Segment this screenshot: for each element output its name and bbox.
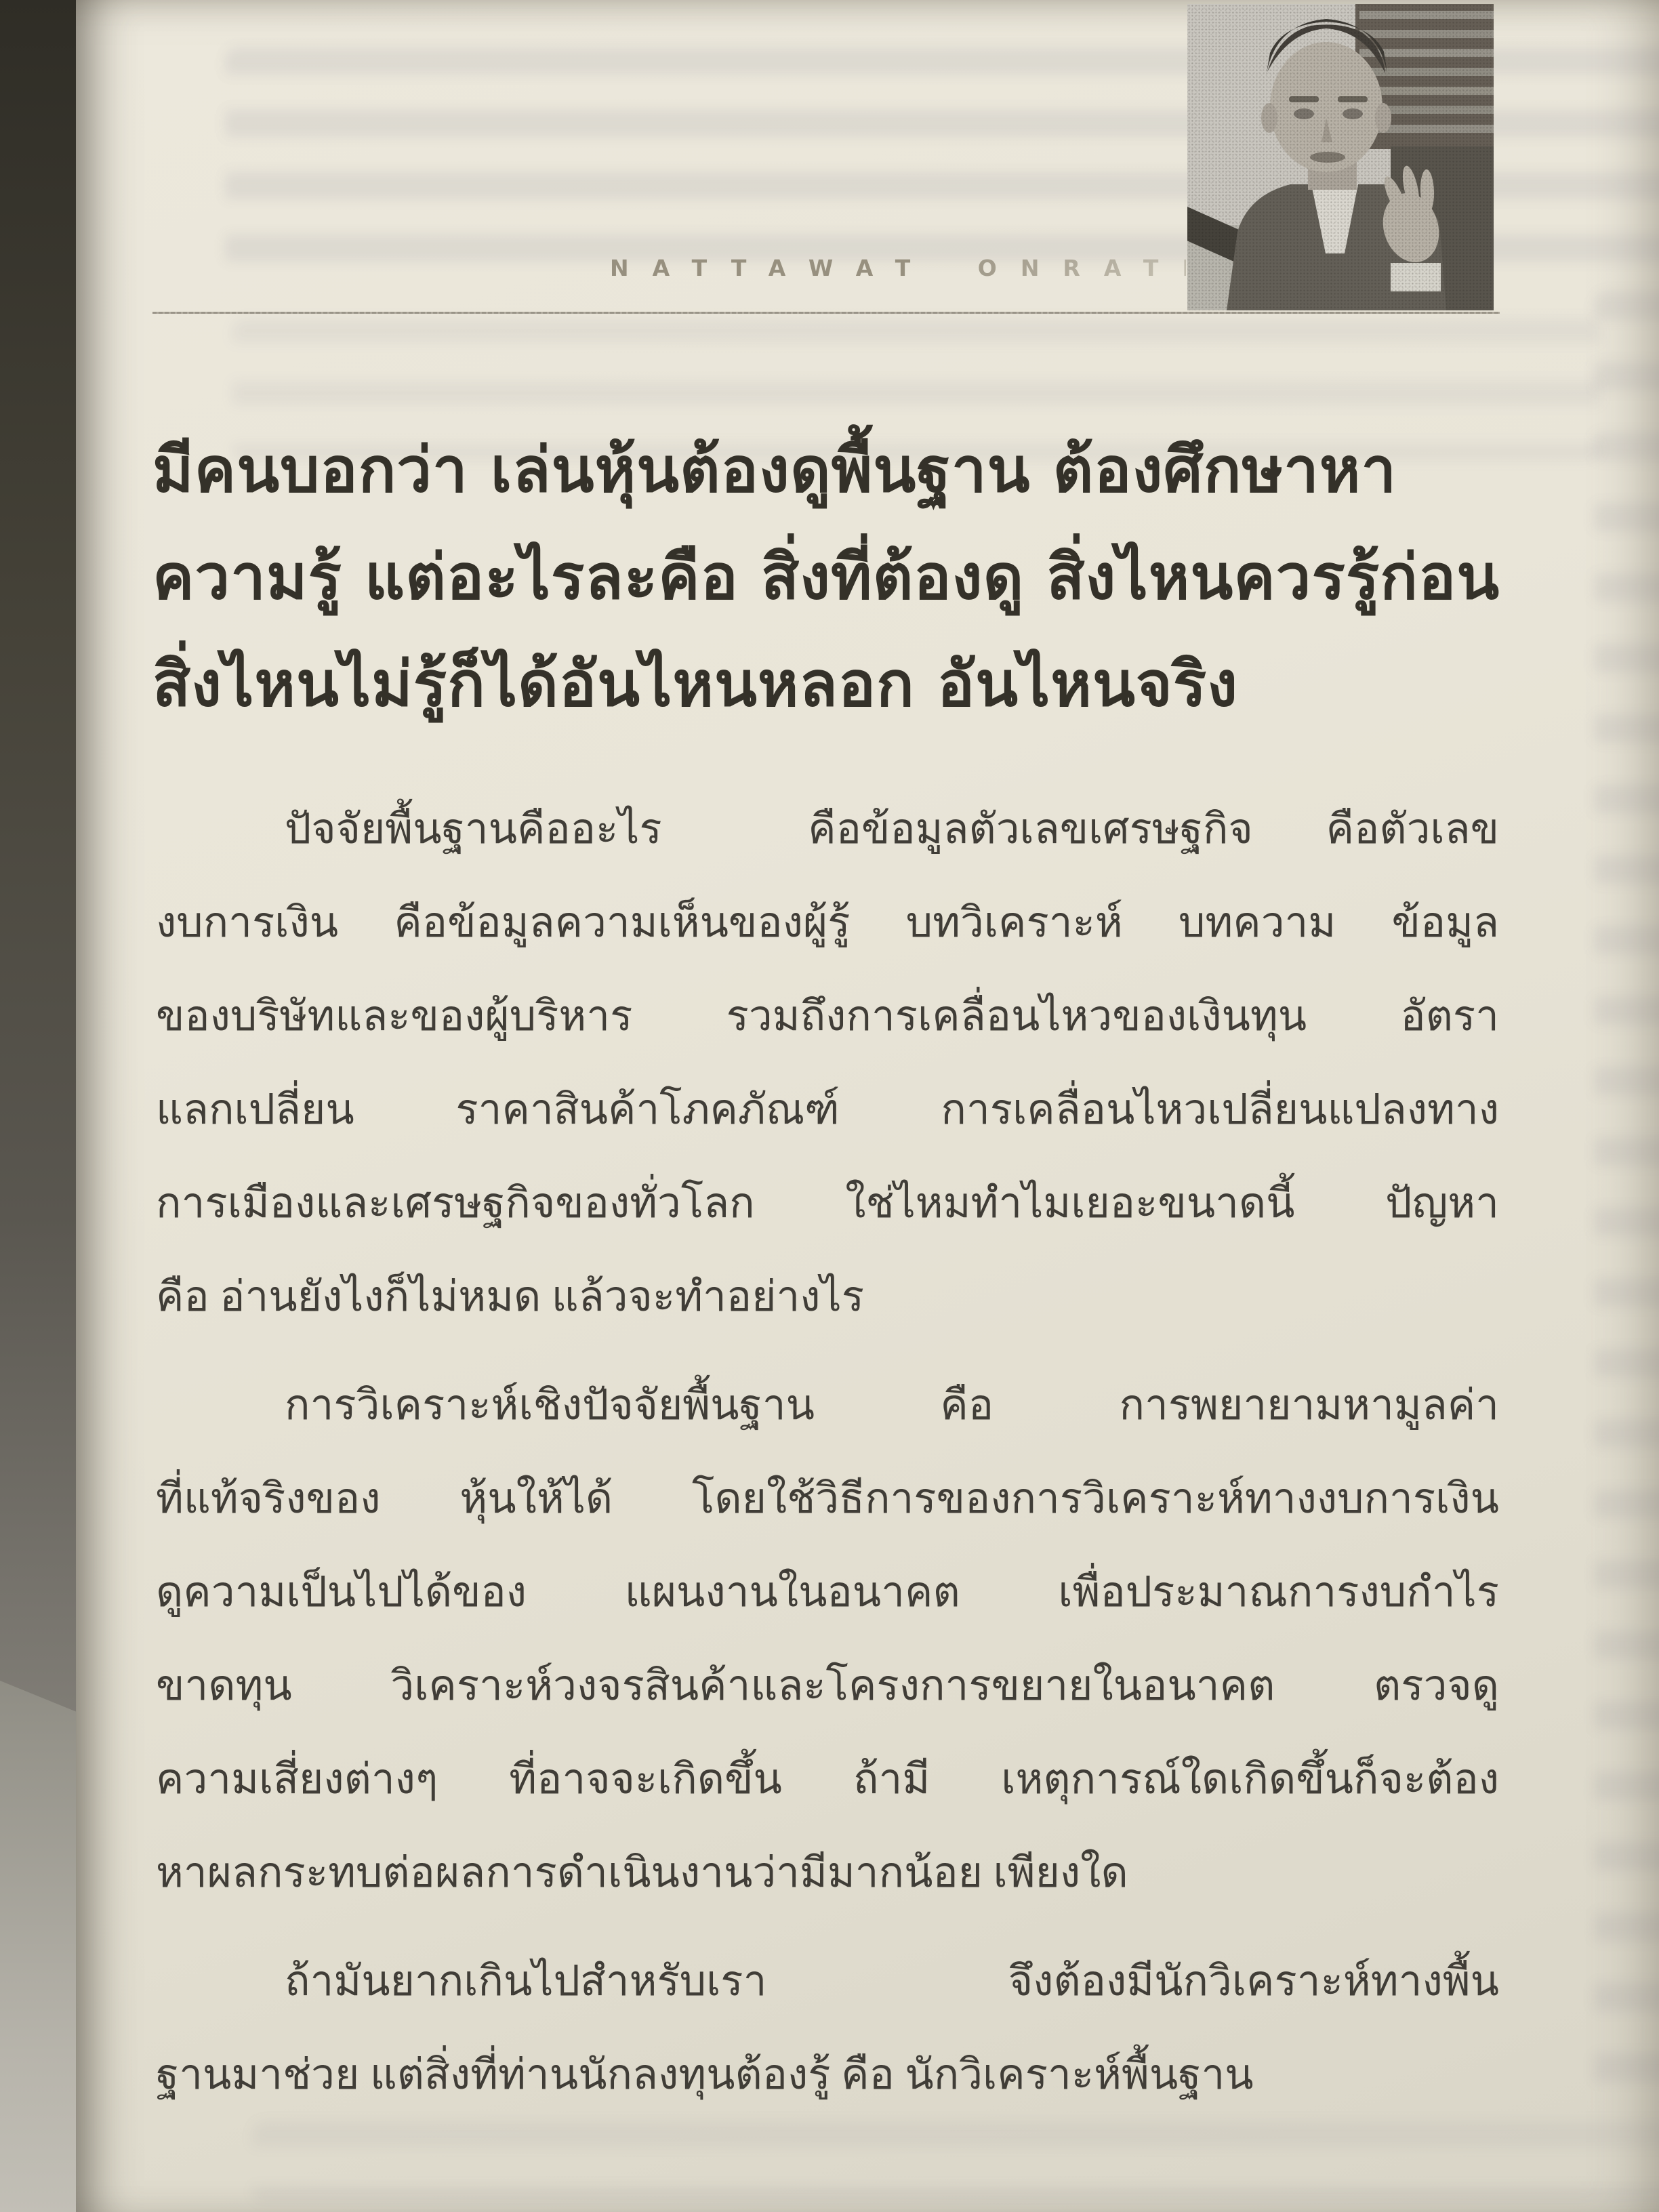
headline-line: ความรู้ แต่อะไรละคือ สิ่งที่ต้องดู สิ่งไ…	[152, 524, 1521, 631]
halftone-texture	[1187, 4, 1494, 310]
body-line: ถ้ามันยากเกินไปสำหรับเรา จึงต้องมีนักวิเ…	[156, 1935, 1499, 2028]
body-line: ขาดทุน วิเคราะห์วงจรสินค้าและโครงการขยาย…	[156, 1639, 1499, 1733]
running-head-author-name: NATTAWAT ONRATN	[610, 255, 1186, 281]
body-line: แลกเปลี่ยน ราคาสินค้าโภคภัณฑ์ การเคลื่อน…	[156, 1063, 1499, 1157]
body-line: คือ อ่านยังไงก็ไม่หมด แล้วจะทำอย่างไร	[156, 1250, 1499, 1344]
body-line: การเมืองและเศรษฐกิจของทั่วโลก ใช่ไหมทำไม…	[156, 1157, 1499, 1250]
paragraph-2: การวิเคราะห์เชิงปัจจัยพื้นฐาน คือ การพยา…	[156, 1359, 1499, 1920]
header-rule	[152, 312, 1500, 314]
body-line: ของบริษัทและของผู้บริหาร รวมถึงการเคลื่อ…	[156, 970, 1499, 1063]
body-line: งบการเงิน คือข้อมูลความเห็นของผู้รู้ บทว…	[156, 876, 1499, 970]
paragraph-1: ปัจจัยพื้นฐานคืออะไร คือข้อมูลตัวเลขเศรษ…	[156, 783, 1499, 1344]
body-text: ปัจจัยพื้นฐานคืออะไร คือข้อมูลตัวเลขเศรษ…	[156, 783, 1499, 2137]
paragraph-3: ถ้ามันยากเกินไปสำหรับเรา จึงต้องมีนักวิเ…	[156, 1935, 1499, 2122]
book-page-photo: NATTAWAT ONRATN	[0, 0, 1659, 2212]
author-portrait-photo	[1187, 4, 1494, 310]
chapter-headline: มีคนบอกว่า เล่นหุ้นต้องดูพื้นฐาน ต้องศึก…	[152, 417, 1521, 738]
body-line: ปัจจัยพื้นฐานคืออะไร คือข้อมูลตัวเลขเศรษ…	[156, 783, 1499, 876]
page-showthrough	[1594, 291, 1659, 2121]
headline-line: มีคนบอกว่า เล่นหุ้นต้องดูพื้นฐาน ต้องศึก…	[152, 417, 1521, 524]
body-line: ที่แท้จริงของ หุ้นให้ได้ โดยใช้วิธีการขอ…	[156, 1452, 1499, 1546]
body-line: หาผลกระทบต่อผลการดำเนินงานว่ามีมากน้อย เ…	[156, 1826, 1499, 1920]
body-line: การวิเคราะห์เชิงปัจจัยพื้นฐาน คือ การพยา…	[156, 1359, 1499, 1452]
body-line: ดูความเป็นไปได้ของ แผนงานในอนาคต เพื่อปร…	[156, 1546, 1499, 1639]
headline-line: สิ่งไหนไม่รู้ก็ได้อันไหนหลอก อันไหนจริง	[152, 631, 1521, 738]
body-line: ความเสี่ยงต่างๆ ที่อาจจะเกิดขึ้น ถ้ามี เ…	[156, 1733, 1499, 1826]
body-line: ฐานมาช่วย แต่สิ่งที่ท่านนักลงทุนต้องรู้ …	[156, 2028, 1499, 2122]
